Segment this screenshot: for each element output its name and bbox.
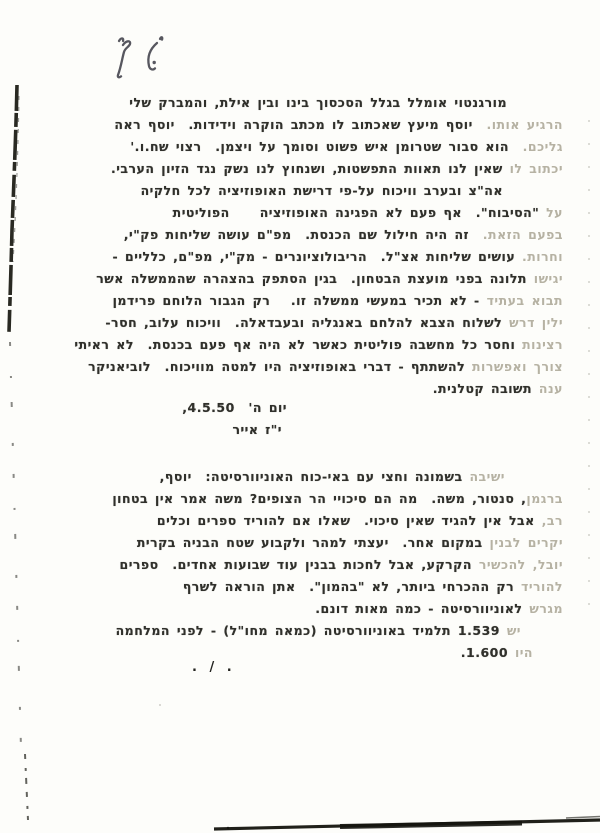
text-line: ענה תשובה קטלנית. xyxy=(15,378,563,400)
text-segment: יום ה' xyxy=(249,400,287,415)
text-line: יכתוב לו שאין לנו תאוות התפשטות, ושנחוץ … xyxy=(15,158,563,180)
faded-text-segment: ענה xyxy=(539,381,563,396)
faded-text-segment: להוריד xyxy=(521,579,563,594)
text-segment: 1.600. xyxy=(461,645,515,660)
faded-text-segment: בפעם הזאת. xyxy=(483,227,563,242)
text-line: ברגמן, סנטור, משה. מה הם סיכויי הר הצופי… xyxy=(15,488,563,510)
text-line: ילין דרש לשלוח הצבא להלחם באנגליה ובעבדא… xyxy=(15,312,563,334)
text-segment: לשלוח הצבא להלחם באנגליה ובעבדאלה. וויכו… xyxy=(105,315,509,330)
text-line: הרגיע אותו. יוסף מיעץ שאכתוב לו מכתב הוק… xyxy=(15,114,563,136)
text-line: יש 1.539 תלמיד באוניוורסיטה (כמאה מחו"ל)… xyxy=(15,620,563,642)
paragraph-knesset-debate: אה"צ ובערב וויכוח על-פי דרישת האופוזיציה… xyxy=(15,180,563,400)
text-segment: רק ההכרחי ביותר, לא "בהמון". אתן הוראה ל… xyxy=(183,579,521,594)
text-line: וחרות. עושים שליחות אצ"ל. הריבולוציונרים… xyxy=(15,246,563,268)
text-segment: מורגנטוי אומלל בגלל הסכסוך בינו ובין איל… xyxy=(129,95,507,110)
text-segment: בשמונה וחצי עם באי-כוח האוניוורסיטה: יוס… xyxy=(160,469,470,484)
text-segment: עושים שליחות אצ"ל. הריבולוציונרים - מק"י… xyxy=(112,249,522,264)
text-segment: , סנטור, משה. מה הם סיכויי הר הצופים? מש… xyxy=(112,491,526,506)
text-line: רב, אבל אין להגיד שאין סיכוי. שאלו אם לה… xyxy=(15,510,563,532)
text-segment: תשובה קטלנית. xyxy=(433,381,539,396)
text-segment: הוא סבור שטרומן איש פשוט וסומך על ויצמן.… xyxy=(130,139,522,154)
text-line: תבוא בעתיד - לא תכיר במעשי ממשלה זו. רק … xyxy=(15,290,563,312)
document-text: מורגנטוי אומלל בגלל הסכסוך בינו ובין איל… xyxy=(0,0,600,833)
text-segment: 4.5.50, xyxy=(182,400,248,415)
paragraph-university-meeting: ישיבה בשמונה וחצי עם באי-כוח האוניוורסיט… xyxy=(15,466,563,664)
faded-text-segment: צורך ואפשרות xyxy=(472,359,563,374)
faded-text-segment: הרגיע אותו. xyxy=(486,117,563,132)
date-heading: יום ה' 4.5.50,י"ז אייר xyxy=(182,397,287,441)
text-line: יובל, להכשיר הקרקע, אבל לחכות בבנין עוד … xyxy=(15,554,563,576)
text-segment: תלונה בפני מועצת הבטחון. בגין הסתפק בהצה… xyxy=(96,271,534,286)
faded-text-segment: יובל, להכשיר xyxy=(479,557,563,572)
text-segment: י"ז אייר xyxy=(232,422,282,437)
text-line: יקרים לבנין במקום אחר. יעצתי למהר ולקבוע… xyxy=(15,532,563,554)
faded-text-segment: ילין דרש xyxy=(509,315,563,330)
text-line: מורגנטוי אומלל בגלל הסכסוך בינו ובין איל… xyxy=(15,92,563,114)
faded-text-segment: רצינות xyxy=(522,337,563,352)
text-line: מגרש לאוניוורסיטה - כמה מאות דונם. xyxy=(15,598,563,620)
text-segment: במקום אחר. יעצתי למהר ולקבוע שטח הבניה ב… xyxy=(137,535,490,550)
faded-text-segment: גליכם. xyxy=(523,139,563,154)
text-line: צורך ואפשרות להשתתף - דברי באופוזיציה הי… xyxy=(15,356,563,378)
faded-text-segment: רב, xyxy=(542,513,563,528)
text-segment: אבל אין להגיד שאין סיכוי. שאלו אם להוריד… xyxy=(157,513,542,528)
faded-text-segment: יגישו xyxy=(534,271,563,286)
text-line: בפעם הזאת. זה היה חילול שם הכנסת. מפ"ם ע… xyxy=(15,224,563,246)
text-line: י"ז אייר xyxy=(182,419,287,441)
text-segment: וחסר כל מחשבה פוליטית כאשר לא היה אף פעם… xyxy=(74,337,522,352)
faded-text-segment: וחרות. xyxy=(522,249,563,264)
text-segment: זה היה חילול שם הכנסת. מפ"ם עושה שליחות … xyxy=(124,227,483,242)
text-line: יגישו תלונה בפני מועצת הבטחון. בגין הסתפ… xyxy=(15,268,563,290)
faded-text-segment: מגרש xyxy=(529,601,563,616)
text-segment: לאוניוורסיטה - כמה מאות דונם. xyxy=(315,601,529,616)
text-line: יום ה' 4.5.50, xyxy=(182,397,287,419)
text-segment: "הסיבוח". אף פעם לא הפגינה האופוזיציה xyxy=(260,205,546,220)
text-line: להוריד רק ההכרחי ביותר, לא "בהמון". אתן … xyxy=(15,576,563,598)
faded-text-segment: יקרים לבנין xyxy=(490,535,563,550)
text-segment: - לא תכיר במעשי ממשלה זו. רק הגבור הלוחם… xyxy=(113,293,487,308)
text-segment: להשתתף - דברי באופוזיציה היו למטה מוויכו… xyxy=(88,359,472,374)
text-line: גליכם. הוא סבור שטרומן איש פשוט וסומך על… xyxy=(15,136,563,158)
text-segment: יוסף מיעץ שאכתוב לו מכתב הוקרה וידידות. … xyxy=(114,117,486,132)
faded-text-segment: על xyxy=(546,205,563,220)
scanned-page: מורגנטוי אומלל בגלל הסכסוך בינו ובין איל… xyxy=(0,0,600,833)
text-line: ישיבה בשמונה וחצי עם באי-כוח האוניוורסיט… xyxy=(15,466,563,488)
faded-text-segment: יש xyxy=(507,623,521,638)
text-segment: אה"צ ובערב וויכוח על-פי דרישת האופוזיציה… xyxy=(141,183,503,198)
text-segment: שאין לנו תאוות התפשטות, ושנחוץ לנו נשק נ… xyxy=(111,161,510,176)
paragraph-top: מורגנטוי אומלל בגלל הסכסוך בינו ובין איל… xyxy=(15,92,563,180)
faded-text-segment: יכתוב לו xyxy=(510,161,563,176)
text-line: על "הסיבוח". אף פעם לא הפגינה האופוזיציה… xyxy=(15,202,563,224)
text-segment: הקרקע, אבל לחכות בבנין עוד שבועות אחדים.… xyxy=(120,557,479,572)
text-line: היו 1.600. xyxy=(15,642,563,664)
faded-text-segment: תבוא בעתיד xyxy=(487,293,563,308)
faded-text-segment: היו xyxy=(515,645,533,660)
continuation-mark: . / . xyxy=(192,660,236,675)
text-segment: 1.539 תלמיד באוניוורסיטה (כמאה מחו"ל) - … xyxy=(116,623,507,638)
faded-text-segment: ברגמן xyxy=(526,491,563,506)
faded-text-segment: ישיבה xyxy=(469,469,505,484)
text-line: רצינות וחסר כל מחשבה פוליטית כאשר לא היה… xyxy=(15,334,563,356)
text-line: אה"צ ובערב וויכוח על-פי דרישת האופוזיציה… xyxy=(15,180,563,202)
text-segment: הפוליטית xyxy=(173,205,230,220)
